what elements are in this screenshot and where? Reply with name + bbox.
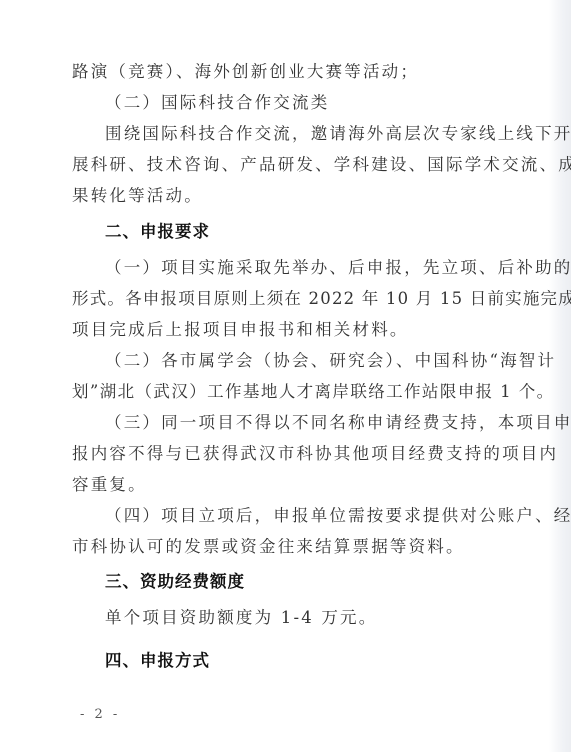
body-line: 市科协认可的发票或资金往来结算票据等资料。 bbox=[72, 537, 465, 557]
body-line: 容重复。 bbox=[72, 475, 147, 495]
section-heading-funding: 三、资助经费额度 bbox=[105, 572, 245, 592]
body-line: 围绕国际科技合作交流，邀请海外高层次专家线上线下开 bbox=[105, 124, 571, 144]
section-heading-requirements: 二、申报要求 bbox=[105, 222, 210, 242]
body-line: 项目完成后上报项目申报书和相关材料。 bbox=[72, 320, 409, 340]
subsection-title: （二）国际科技合作交流类 bbox=[105, 93, 329, 113]
section-heading-method: 四、申报方式 bbox=[105, 651, 210, 671]
body-line: 划”湖北（武汉）工作基地人才离岸联络工作站限申报 1 个。 bbox=[72, 382, 555, 402]
body-line: 路演（竞赛）、海外创新创业大赛等活动； bbox=[72, 62, 419, 82]
body-line: 果转化等活动。 bbox=[72, 186, 203, 206]
page-number: - 2 - bbox=[80, 707, 120, 722]
body-line: （三）同一项目不得以不同名称申请经费支持，本项目申 bbox=[105, 413, 571, 433]
body-line: 报内容不得与已获得武汉市科协其他项目经费支持的项目内 bbox=[72, 444, 558, 464]
body-line: 形式。各申报项目原则上须在 2022 年 10 月 15 日前实施完成， bbox=[72, 289, 571, 309]
body-line: （二）各市属学会（协会、研究会）、中国科协“海智计 bbox=[105, 351, 556, 371]
body-line: （一）项目实施采取先举办、后申报，先立项、后补助的 bbox=[105, 258, 571, 278]
body-line: 展科研、技术咨询、产品研发、学科建设、国际学术交流、成 bbox=[72, 155, 571, 175]
page-edge-shadow bbox=[549, 0, 571, 752]
body-line: （四）项目立项后，申报单位需按要求提供对公账户、经 bbox=[105, 506, 571, 526]
body-line: 单个项目资助额度为 1-4 万元。 bbox=[105, 608, 377, 628]
